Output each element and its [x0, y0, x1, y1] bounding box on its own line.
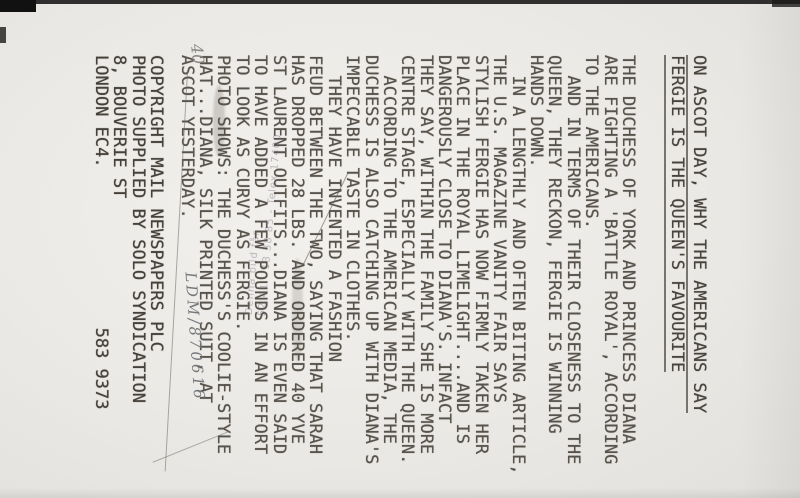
scan-edge-top-left: [0, 0, 36, 12]
body-line-17: THEY HAVE INVENTED A FASHION: [324, 55, 342, 482]
body-line-7: IN A LENGTHLY AND OFTEN BITING ARTICLE,: [508, 55, 526, 482]
body-line-18: FEUD BETWEEN THE TWO, SAYING THAT SARAH: [306, 55, 324, 482]
body-line-5: QUEEN, THEY RECKON, FERGIE IS WINNING: [545, 55, 563, 482]
headline: ON ASCOT DAY, WHY THE AMERICANS SAY FERG…: [664, 55, 708, 482]
photo-shows-line-3: ASCOT YESTERDAY.: [177, 55, 195, 482]
credit-line-4: LONDON EC4.583 9373: [92, 55, 110, 482]
ink-overstrike-smudge: [213, 85, 225, 157]
credit-line-3: 8, BOUVERIE ST: [110, 55, 128, 482]
body-line-3: TO THE AMERICANS.: [582, 55, 600, 482]
scan-shadow-right: [740, 0, 800, 498]
body-line-11: DANGEROUSLY CLOSE TO DIANA'S. INFACT: [435, 55, 453, 482]
scan-edge-nub: [0, 27, 6, 43]
body-line-15: DUCHESS IS ALSO CATCHING UP WITH DIANA'S: [361, 55, 379, 482]
body-line-9: STYLISH FERGIE HAS NOW FIRMLY TAKEN HER: [471, 55, 489, 482]
credit-line-2: PHOTO SUPPLIED BY SOLO SYNDICATION: [128, 55, 146, 482]
ink-overstrike-smudge: [292, 258, 303, 362]
credit-address: LONDON EC4.: [91, 55, 111, 168]
body-line-4: AND IN TERMS OF THEIR CLOSENESS TO THE: [563, 55, 581, 482]
credit-line-1: COPYRIGHT MAIL NEWSPAPERS PLC: [147, 55, 165, 482]
body-line-6: HANDS DOWN.: [527, 55, 545, 482]
body-line-13: CENTRE STAGE, ESPECIALLY WITH THE QUEEN.: [398, 55, 416, 482]
photo-shows-line-2: HAT...DIANA, SILK PRINTED SUIT, AT: [196, 55, 214, 482]
headline-line-2: FERGIE IS THE QUEEN'S FAVOURITE: [664, 55, 686, 482]
body-line-16: IMPECCABLE TASTE IN CLOTHES.: [343, 55, 361, 482]
body-line-8: THE U.S. MAGAZINE VANITY FAIR SAYS: [490, 55, 508, 482]
scan-shadow-bottom: [0, 488, 800, 498]
body-line-12: THEY SAY, WITHIN THE FAMILY SHE IS MORE: [416, 55, 434, 482]
body-line-10: PLACE IN THE ROYAL LIMELIGHT....AND IS: [453, 55, 471, 482]
body-line-1: THE DUCHESS OF YORK AND PRINCESS DIANA: [619, 55, 637, 482]
credit-phone: 583 9373: [92, 328, 110, 410]
typewritten-caption-page: ON ASCOT DAY, WHY THE AMERICANS SAY FERG…: [88, 30, 716, 482]
headline-line-1: ON ASCOT DAY, WHY THE AMERICANS SAY: [686, 55, 708, 482]
scanned-press-caption-sheet: { "document": { "headline": { "line1": "…: [0, 0, 800, 498]
body-line-2: ARE FIGHTING A 'BATTLE ROYAL', ACCORDING: [600, 55, 618, 482]
pencil-number-annotation: 40: [187, 43, 207, 65]
copyright-block: COPYRIGHT MAIL NEWSPAPERS PLC PHOTO SUPP…: [92, 55, 166, 482]
scan-edge-top: [0, 0, 800, 4]
body-line-14: ACCORDING TO THE AMERICAN MEDIA, THE: [380, 55, 398, 482]
